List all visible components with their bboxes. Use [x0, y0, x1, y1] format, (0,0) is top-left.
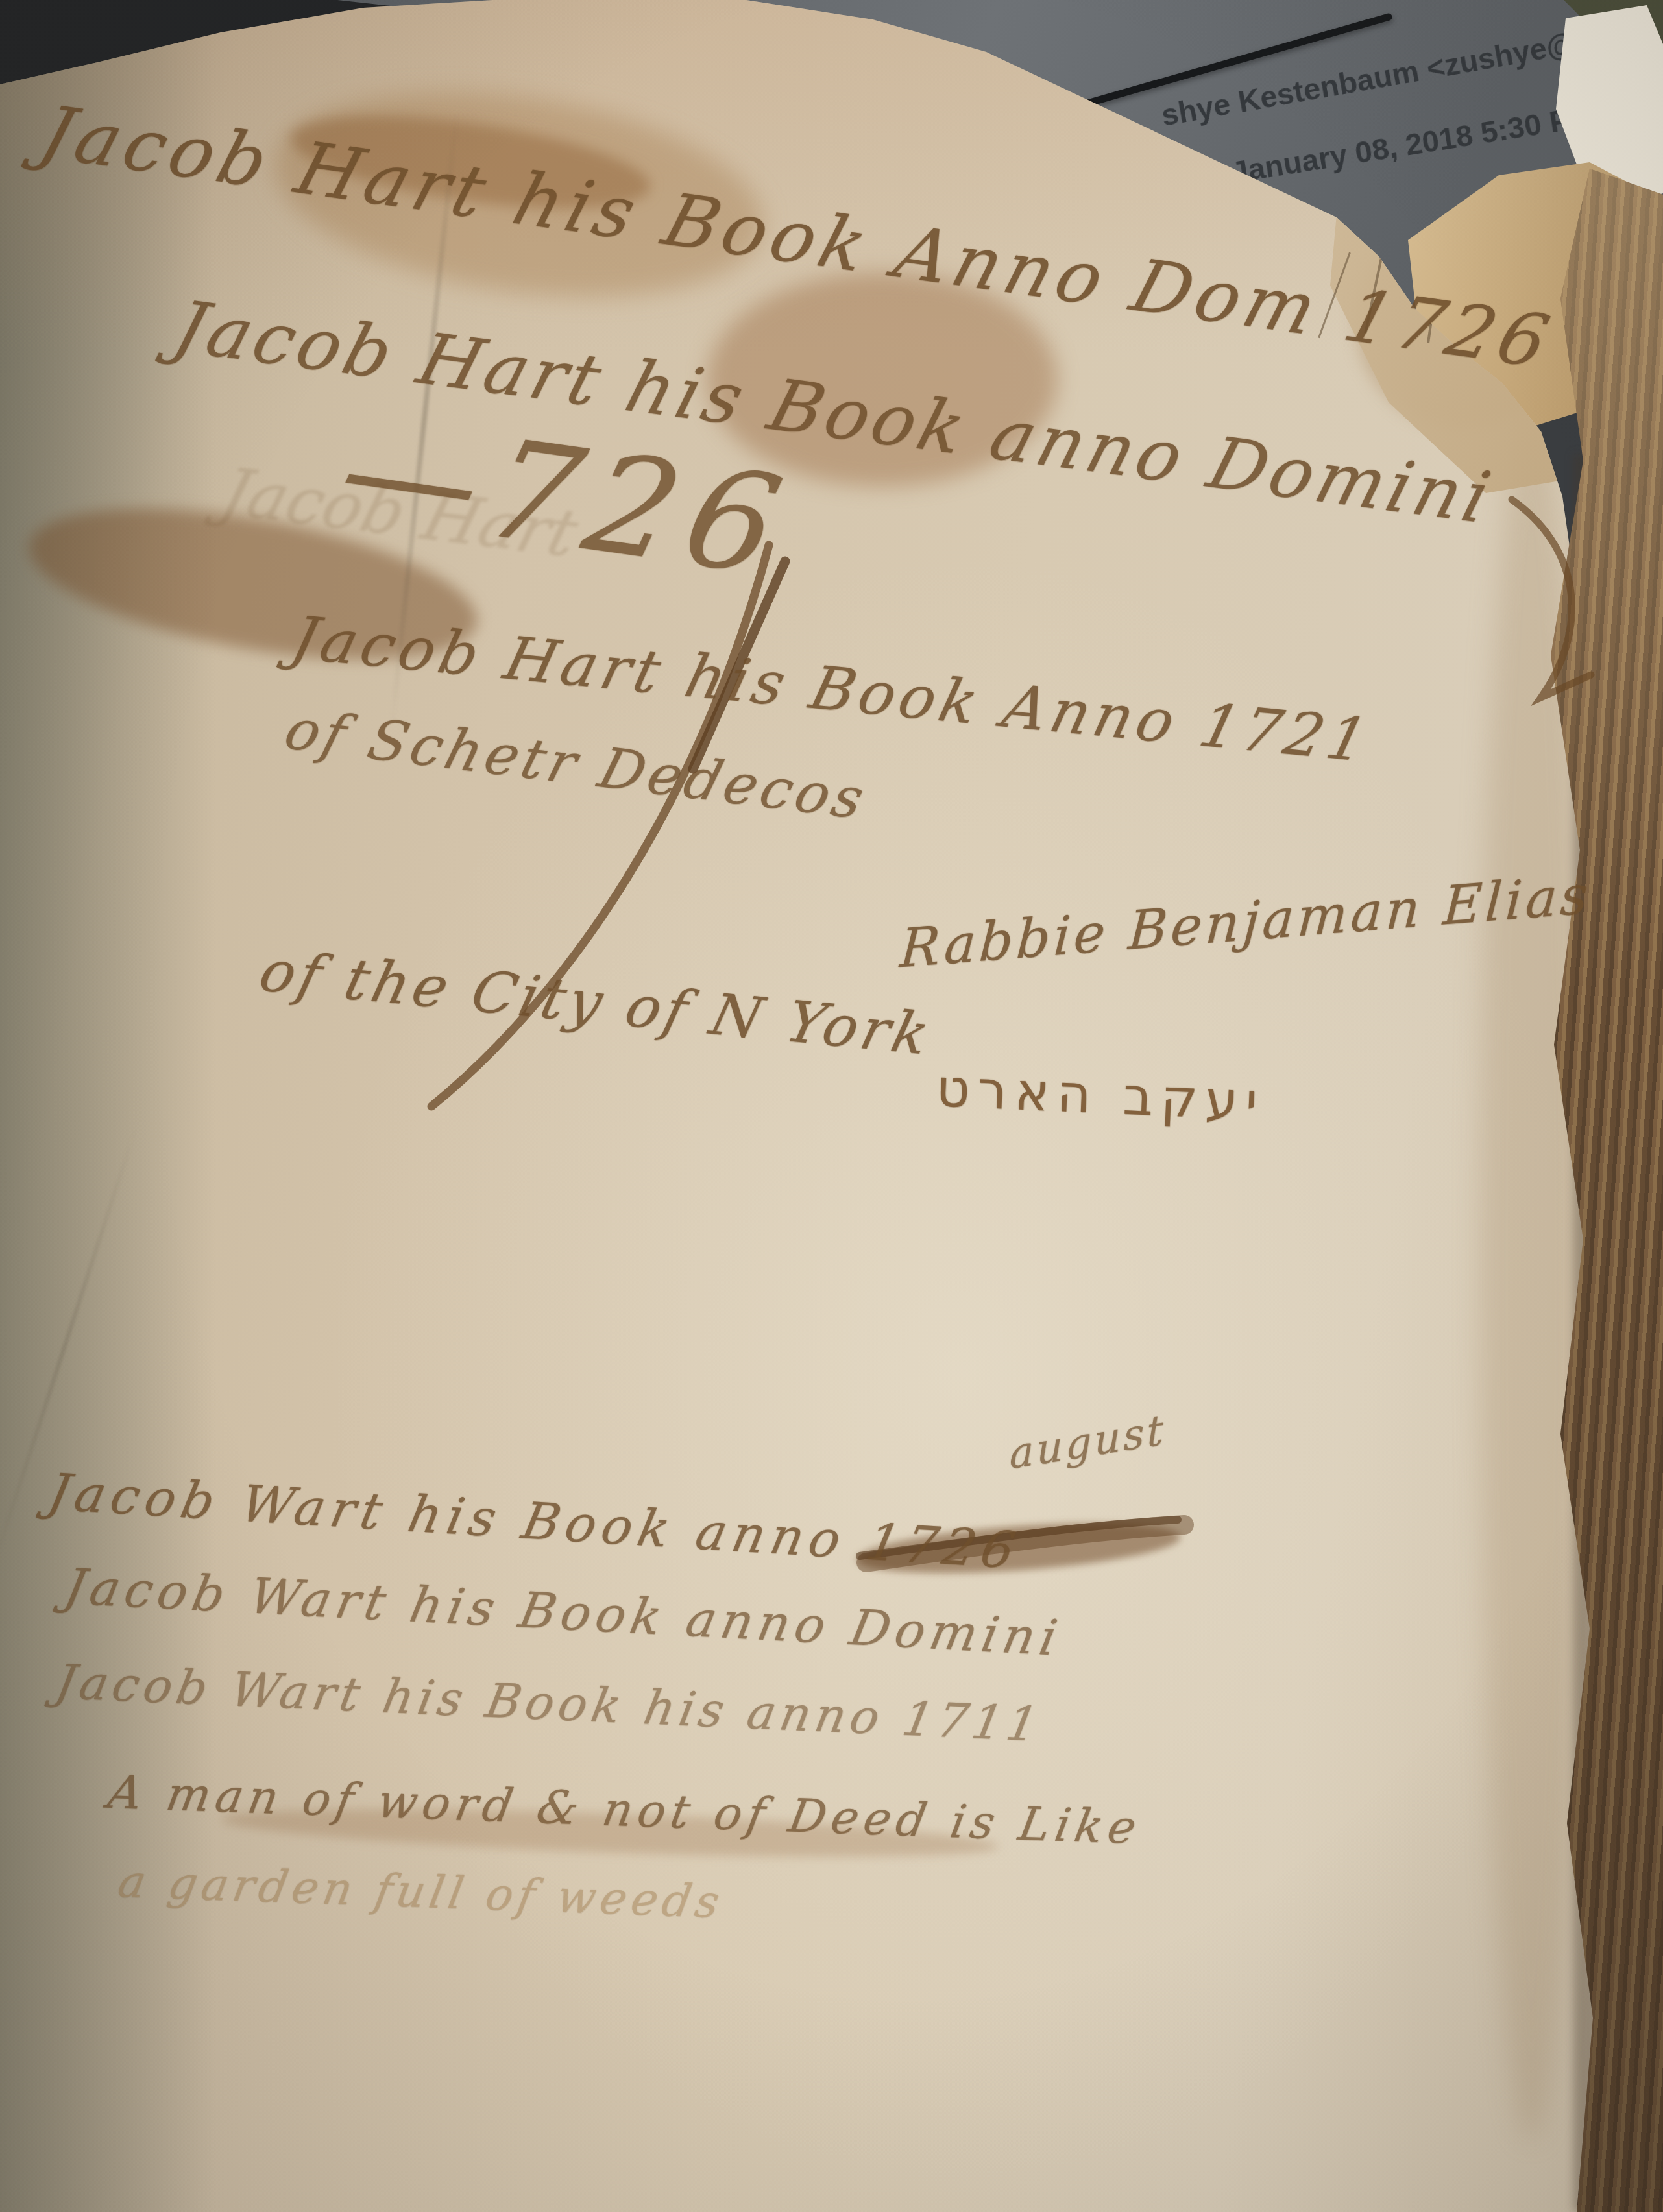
photo-of-book-flyleaf: shye Kestenbaum <zushye@kes January 08, …: [0, 0, 1663, 2212]
flourish-tail-stroke: [1512, 500, 1591, 698]
